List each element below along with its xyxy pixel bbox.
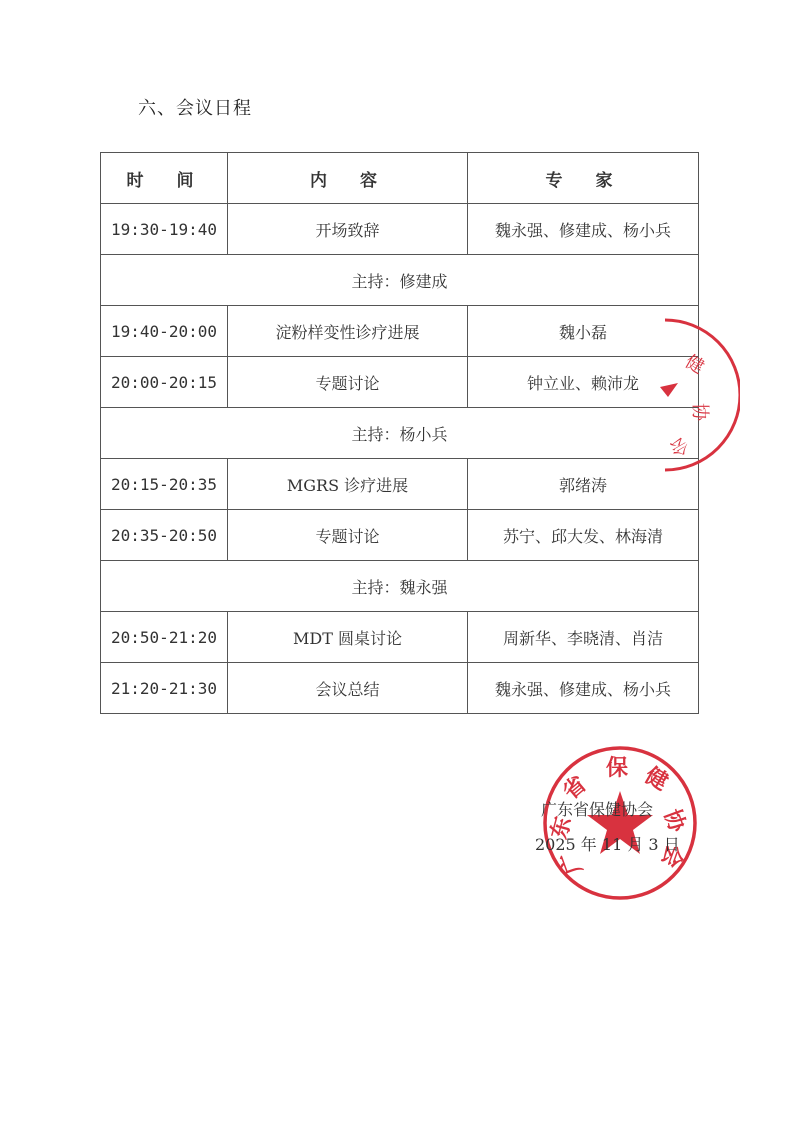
header-content: 内 容 (228, 153, 468, 204)
row-time: 20:50-21:20 (101, 612, 228, 663)
header-experts: 专 家 (468, 153, 699, 204)
row-content: 会议总结 (228, 663, 468, 714)
agenda-table: 时 间 内 容 专 家 19:30-19:40 开场致辞 魏永强、修建成、杨小兵… (100, 152, 699, 714)
table-row: 19:40-20:00 淀粉样变性诊疗进展 魏小磊 (101, 306, 699, 357)
row-time: 21:20-21:30 (101, 663, 228, 714)
row-experts: 郭绪涛 (468, 459, 699, 510)
host-text: 主持：修建成 (101, 255, 699, 306)
host-text: 主持：魏永强 (101, 561, 699, 612)
row-content: 专题讨论 (228, 357, 468, 408)
table-row: 19:30-19:40 开场致辞 魏永强、修建成、杨小兵 (101, 204, 699, 255)
row-experts: 魏永强、修建成、杨小兵 (468, 663, 699, 714)
host-row: 主持：杨小兵 (101, 408, 699, 459)
row-content: 开场致辞 (228, 204, 468, 255)
signature-org: 广东省保健协会 (541, 797, 653, 820)
table-row: 20:15-20:35 MGRS 诊疗进展 郭绪涛 (101, 459, 699, 510)
row-experts: 魏小磊 (468, 306, 699, 357)
header-time: 时 间 (101, 153, 228, 204)
table-row: 20:50-21:20 MDT 圆桌讨论 周新华、李晓清、肖洁 (101, 612, 699, 663)
host-text: 主持：杨小兵 (101, 408, 699, 459)
row-content: 专题讨论 (228, 510, 468, 561)
row-time: 20:35-20:50 (101, 510, 228, 561)
table-row: 20:00-20:15 专题讨论 钟立业、赖沛龙 (101, 357, 699, 408)
row-experts: 魏永强、修建成、杨小兵 (468, 204, 699, 255)
row-time: 19:40-20:00 (101, 306, 228, 357)
row-time: 20:15-20:35 (101, 459, 228, 510)
host-row: 主持：魏永强 (101, 561, 699, 612)
seal-stamp: 广 东 省 保 健 协 会 (540, 743, 700, 903)
row-time: 19:30-19:40 (101, 204, 228, 255)
section-title: 六、会议日程 (138, 94, 252, 120)
row-experts: 钟立业、赖沛龙 (468, 357, 699, 408)
row-content: MDT 圆桌讨论 (228, 612, 468, 663)
host-row: 主持：修建成 (101, 255, 699, 306)
signature-date: 2025 年 11 月 3 日 (535, 832, 680, 855)
row-experts: 苏宁、邱大发、林海清 (468, 510, 699, 561)
row-experts: 周新华、李晓清、肖洁 (468, 612, 699, 663)
svg-text:健: 健 (639, 762, 672, 796)
svg-text:保: 保 (606, 755, 628, 781)
row-content: 淀粉样变性诊疗进展 (228, 306, 468, 357)
table-header-row: 时 间 内 容 专 家 (101, 153, 699, 204)
table-row: 21:20-21:30 会议总结 魏永强、修建成、杨小兵 (101, 663, 699, 714)
row-content: MGRS 诊疗进展 (228, 459, 468, 510)
row-time: 20:00-20:15 (101, 357, 228, 408)
table-row: 20:35-20:50 专题讨论 苏宁、邱大发、林海清 (101, 510, 699, 561)
